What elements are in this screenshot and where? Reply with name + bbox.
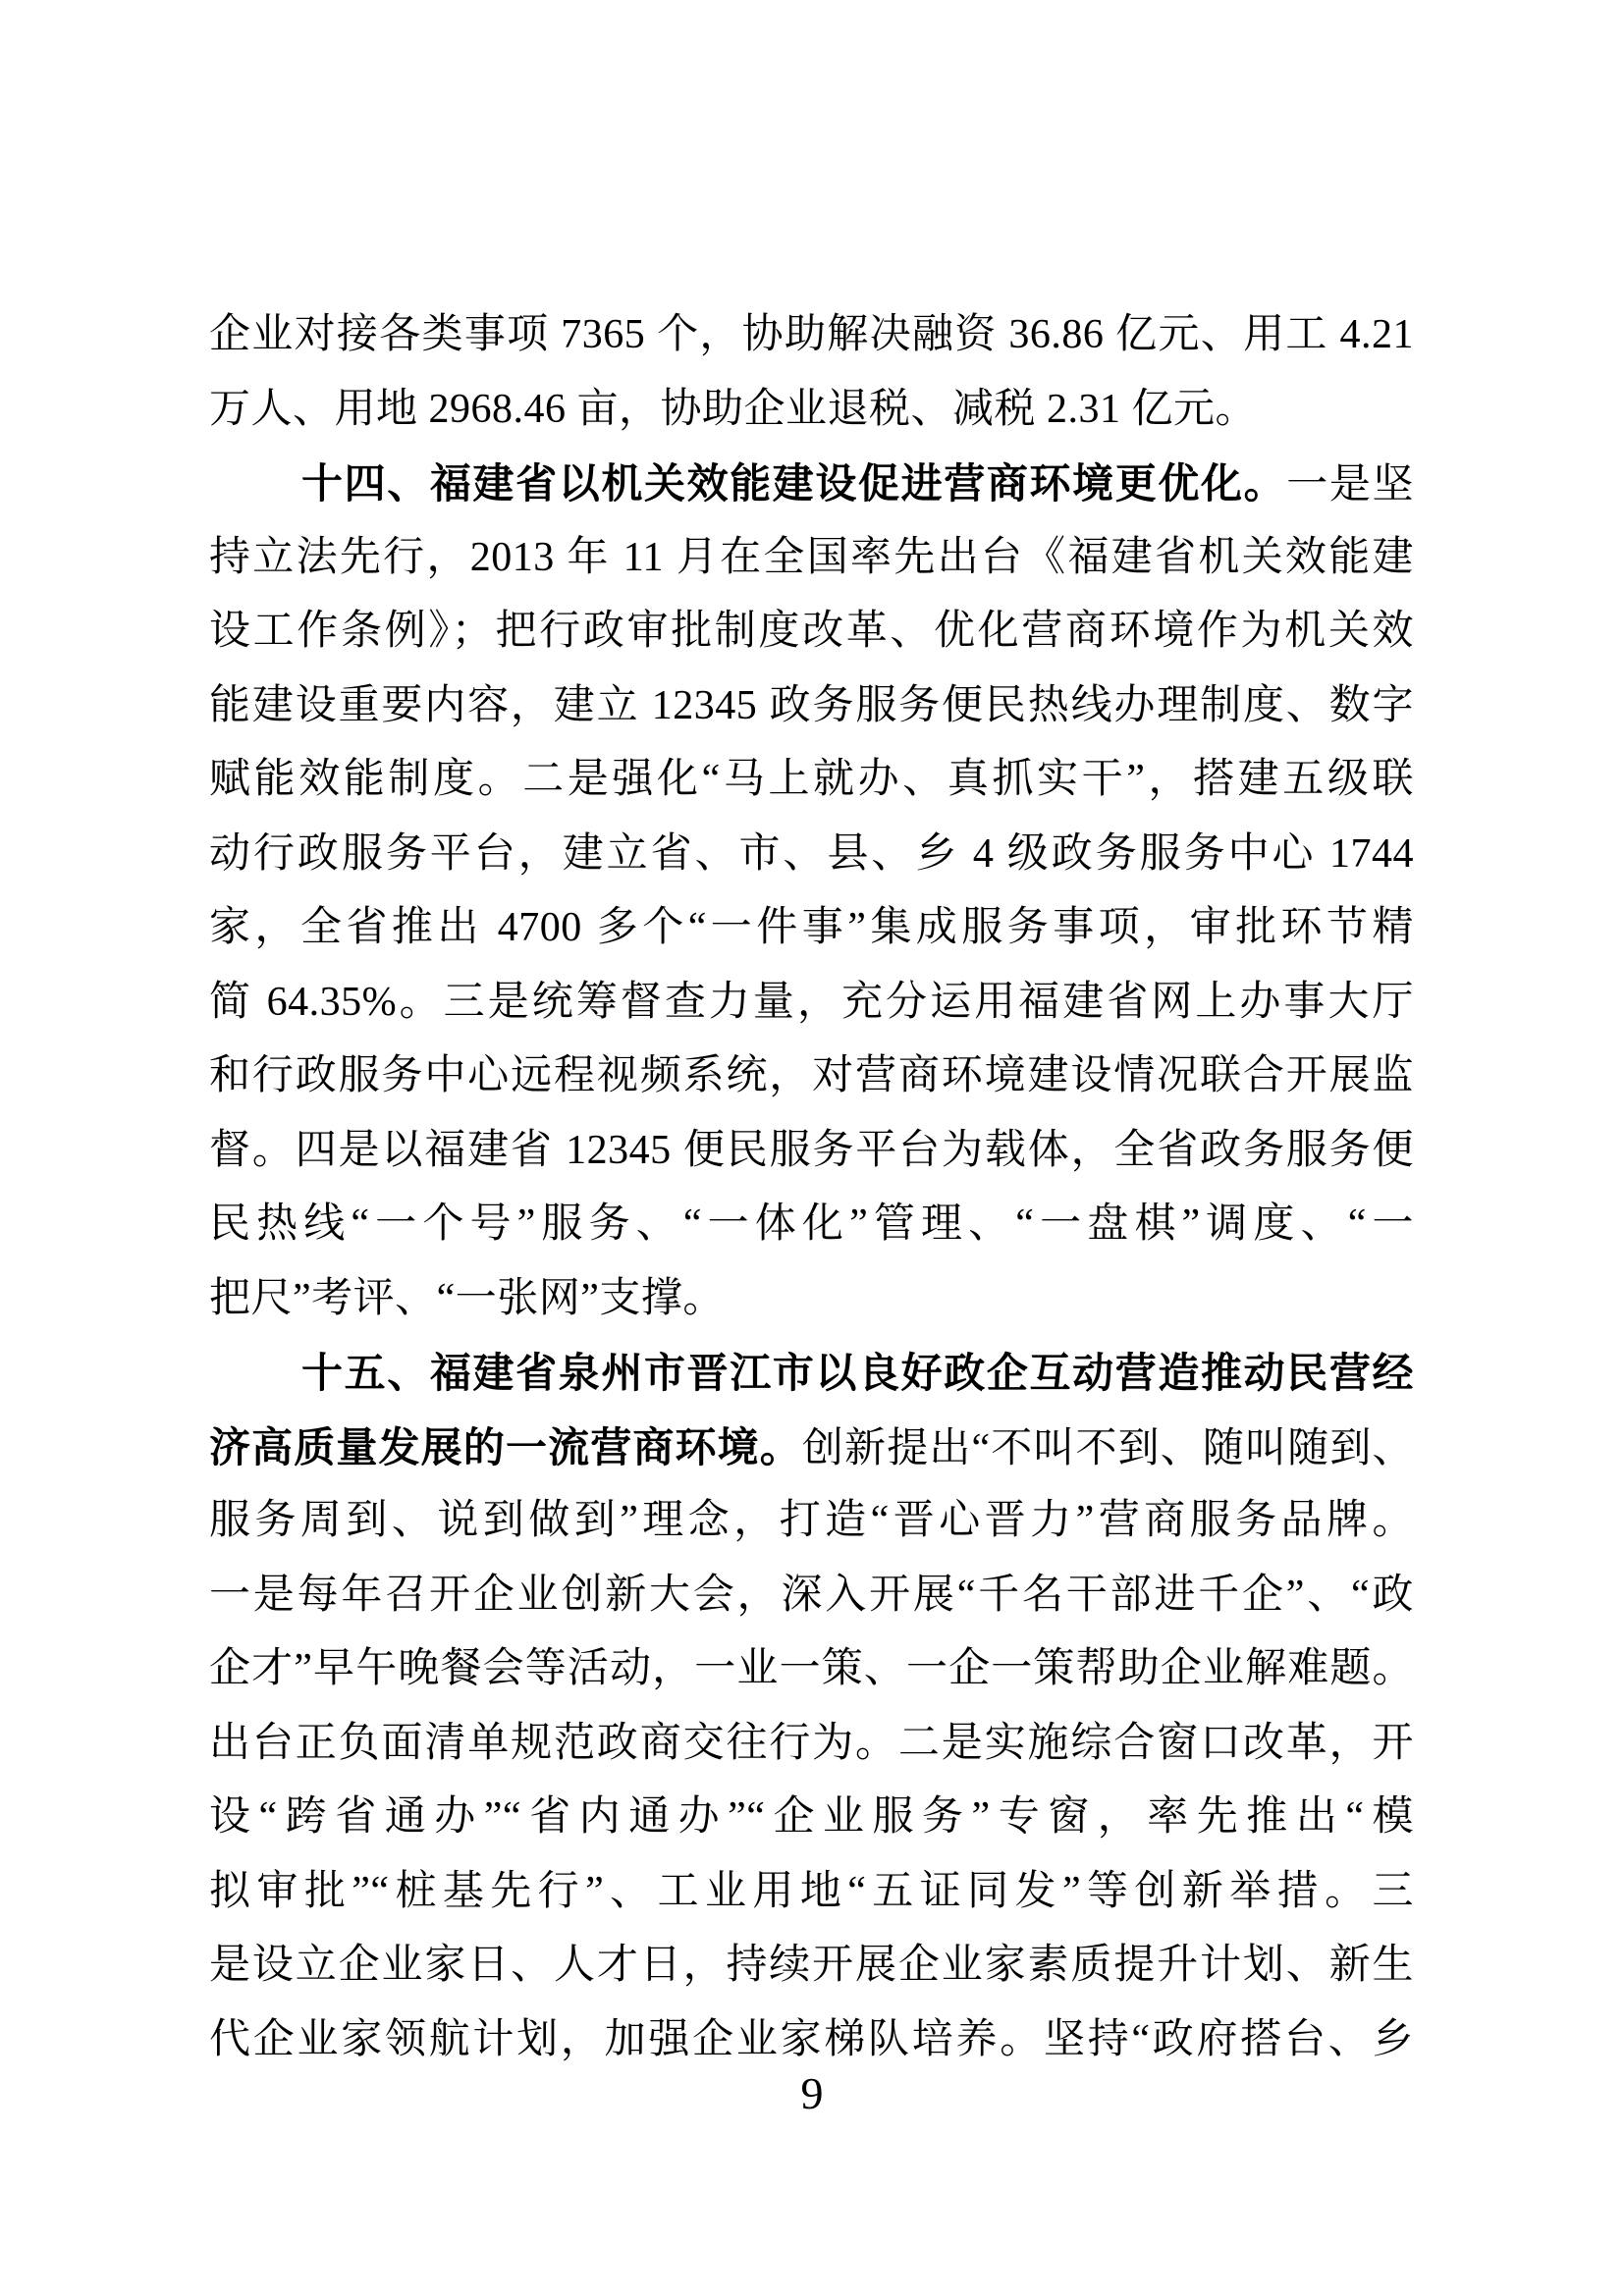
text-line: 企业对接各类事项 7365 个，协助解决融资 36.86 亿元、用工 4.21 xyxy=(209,298,1414,373)
body-text: 设“跨省通办”“省内通办”“企业服务”专窗，率先推出“模 xyxy=(209,1794,1414,1840)
text-line: 设工作条例》；把行政审批制度改革、优化营商环境作为机关效 xyxy=(209,595,1414,669)
body-text: 设工作条例》；把行政审批制度改革、优化营商环境作为机关效 xyxy=(209,609,1414,654)
body-text: 企业对接各类事项 7365 个，协助解决融资 36.86 亿元、用工 4.21 xyxy=(209,312,1414,357)
body-text: 持立法先行，2013 年 11 月在全国率先出台《福建省机关效能建 xyxy=(209,535,1414,580)
text-line: 万人、用地 2968.46 亩，协助企业退税、减税 2.31 亿元。 xyxy=(209,373,1414,448)
body-text: 是设立企业家日、人才日，持续开展企业家素质提升计划、新生 xyxy=(209,1943,1414,1988)
text-line: 是设立企业家日、人才日，持续开展企业家素质提升计划、新生 xyxy=(209,1929,1414,2003)
body-text: 动行政服务平台，建立省、市、县、乡 4 级政务服务中心 1744 xyxy=(209,831,1414,877)
text-line: 民热线“一个号”服务、“一体化”管理、“一盘棋”调度、“一 xyxy=(209,1188,1414,1262)
text-line: 赋能效能制度。二是强化“马上就办、真抓实干”，搭建五级联 xyxy=(209,743,1414,818)
body-text: 代企业家领航计划，加强企业家梯队培养。坚持“政府搭台、乡 xyxy=(209,2017,1414,2062)
body-text: 和行政服务中心远程视频系统，对营商环境建设情况联合开展监 xyxy=(209,1053,1414,1098)
body-text: 拟审批”“桩基先行”、工业用地“五证同发”等创新举措。三 xyxy=(209,1869,1414,1914)
body-text: 一是每年召开企业创新大会，深入开展“千名干部进千企”、“政 xyxy=(209,1573,1414,1618)
body-text: 创新提出“不叫不到、随叫随到、 xyxy=(802,1426,1414,1471)
page-number: 9 xyxy=(0,2064,1624,2123)
body-text: 赋能效能制度。二是强化“马上就办、真抓实干”，搭建五级联 xyxy=(209,757,1414,802)
heading-bold-text: 十五、福建省泉州市晋江市以良好政企互动营造推动民营经 xyxy=(301,1350,1414,1396)
text-line-section-14-heading: 十四、福建省以机关效能建设促进营商环境更优化。一是坚 xyxy=(209,447,1414,521)
text-line-section-15-heading-continued: 济高质量发展的一流营商环境。创新提出“不叫不到、随叫随到、 xyxy=(209,1411,1414,1485)
heading-bold-text: 济高质量发展的一流营商环境。 xyxy=(209,1424,802,1470)
text-line: 拟审批”“桩基先行”、工业用地“五证同发”等创新举措。三 xyxy=(209,1855,1414,1930)
document-page: 企业对接各类事项 7365 个，协助解决融资 36.86 亿元、用工 4.21 … xyxy=(0,0,1624,2296)
text-line: 把尺”考评、“一张网”支撑。 xyxy=(209,1262,1414,1337)
body-text: 简 64.35%。三是统筹督查力量，充分运用福建省网上办事大厅 xyxy=(209,980,1414,1025)
text-line: 和行政服务中心远程视频系统，对营商环境建设情况联合开展监 xyxy=(209,1040,1414,1114)
text-line: 出台正负面清单规范政商交往行为。二是实施综合窗口改革，开 xyxy=(209,1707,1414,1782)
text-line: 一是每年召开企业创新大会，深入开展“千名干部进千企”、“政 xyxy=(209,1559,1414,1633)
body-text: 督。四是以福建省 12345 便民服务平台为载体，全省政务服务便 xyxy=(209,1128,1414,1173)
text-line: 服务周到、说到做到”理念，打造“晋心晋力”营商服务品牌。 xyxy=(209,1484,1414,1559)
text-line: 能建设重要内容，建立 12345 政务服务便民热线办理制度、数字 xyxy=(209,669,1414,744)
body-text: 服务周到、说到做到”理念，打造“晋心晋力”营商服务品牌。 xyxy=(209,1498,1414,1543)
body-text: 把尺”考评、“一张网”支撑。 xyxy=(209,1276,725,1321)
body-text: 出台正负面清单规范政商交往行为。二是实施综合窗口改革，开 xyxy=(209,1721,1414,1766)
body-text: 民热线“一个号”服务、“一体化”管理、“一盘棋”调度、“一 xyxy=(209,1201,1414,1247)
text-line: 持立法先行，2013 年 11 月在全国率先出台《福建省机关效能建 xyxy=(209,521,1414,596)
text-line: 督。四是以福建省 12345 便民服务平台为载体，全省政务服务便 xyxy=(209,1114,1414,1189)
text-line: 企才”早午晚餐会等活动，一业一策、一企一策帮助企业解难题。 xyxy=(209,1632,1414,1707)
body-text: 能建设重要内容，建立 12345 政务服务便民热线办理制度、数字 xyxy=(209,683,1414,728)
body-text: 家，全省推出 4700 多个“一件事”集成服务事项，审批环节精 xyxy=(209,905,1414,950)
document-body: 企业对接各类事项 7365 个，协助解决融资 36.86 亿元、用工 4.21 … xyxy=(209,298,1414,2077)
text-line-section-15-heading: 十五、福建省泉州市晋江市以良好政企互动营造推动民营经 xyxy=(209,1336,1414,1411)
heading-bold-text: 十四、福建省以机关效能建设促进营商环境更优化。 xyxy=(301,460,1286,507)
text-line: 简 64.35%。三是统筹督查力量，充分运用福建省网上办事大厅 xyxy=(209,966,1414,1041)
text-line: 动行政服务平台，建立省、市、县、乡 4 级政务服务中心 1744 xyxy=(209,818,1414,892)
body-text: 一是坚 xyxy=(1286,462,1414,507)
body-text: 企才”早午晚餐会等活动，一业一策、一企一策帮助企业解难题。 xyxy=(209,1646,1414,1691)
body-text: 万人、用地 2968.46 亩，协助企业退税、减税 2.31 亿元。 xyxy=(209,387,1257,432)
text-line: 设“跨省通办”“省内通办”“企业服务”专窗，率先推出“模 xyxy=(209,1781,1414,1855)
text-line: 家，全省推出 4700 多个“一件事”集成服务事项，审批环节精 xyxy=(209,891,1414,966)
